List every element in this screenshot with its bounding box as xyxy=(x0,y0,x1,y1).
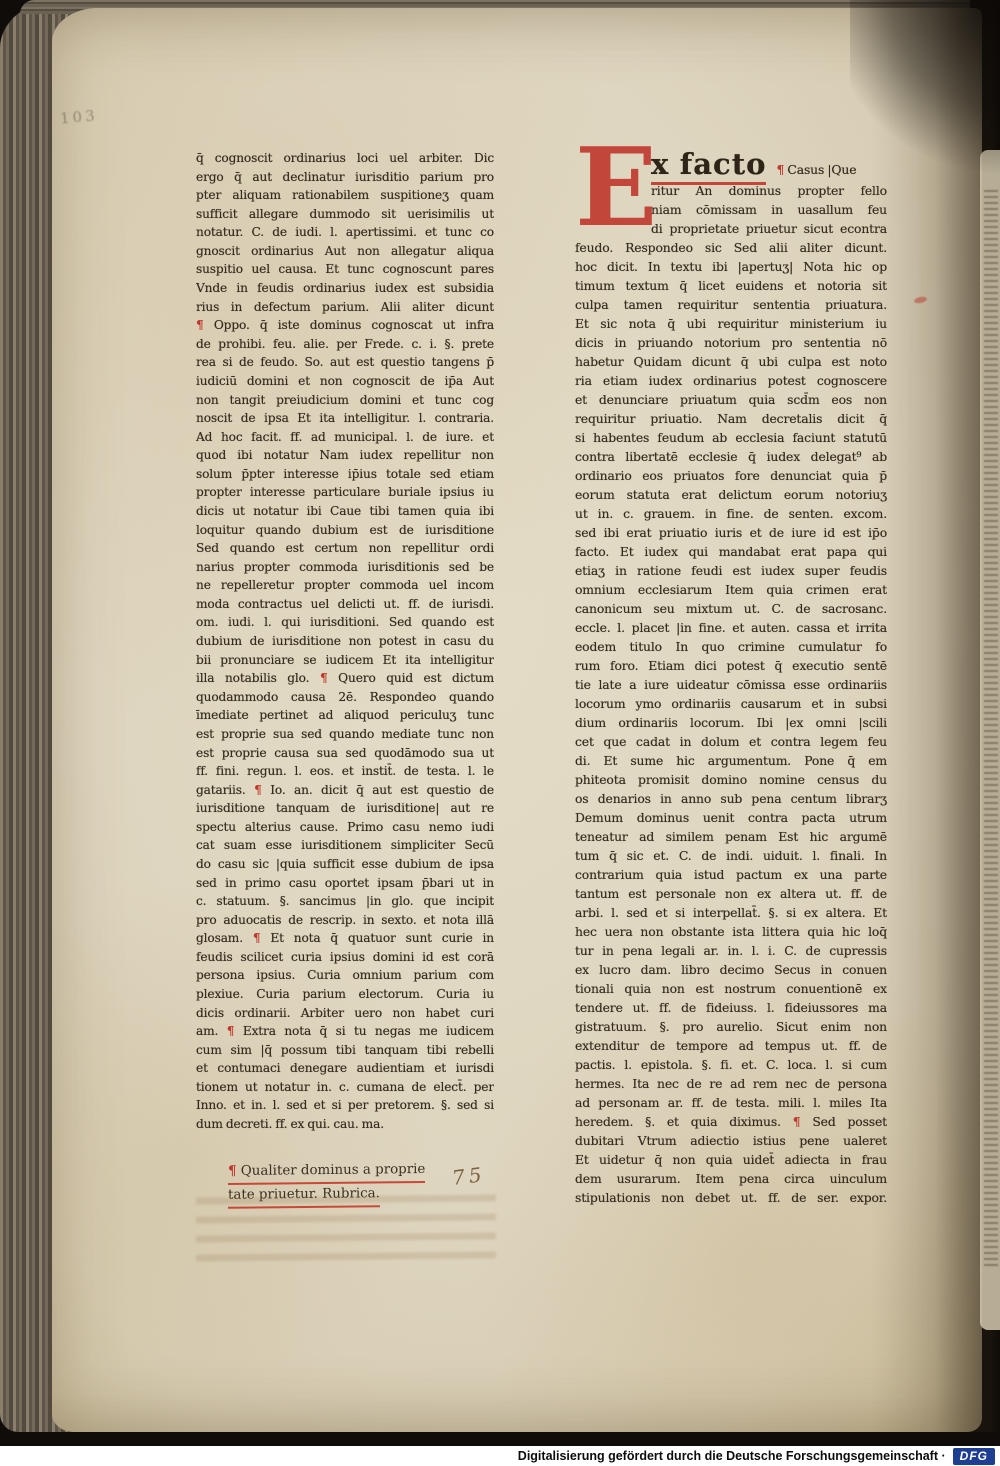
text-line: dubitari Vtrum adiectio istius pene uale… xyxy=(575,1131,887,1150)
text-line: hec uera non obstante ista littera quia … xyxy=(575,922,887,941)
text-line: dem usurarum. Item pena circa uinculum xyxy=(575,1169,887,1188)
corner-shadow xyxy=(850,0,1000,190)
text-line: solum p̄pter interesse ip̄ius totale sed… xyxy=(196,465,494,484)
text-line: et contumaci denegare audientiam et iuri… xyxy=(196,1059,494,1078)
text-line: Ad hoc facit. ff. ad municipal. l. de iu… xyxy=(196,428,494,447)
dfg-logo: DFG xyxy=(953,1448,995,1465)
dfg-credit-bar: Digitalisierung gefördert durch die Deut… xyxy=(0,1446,1000,1466)
text-line: sed ibi erat priuatio iuris et de iure i… xyxy=(575,523,887,542)
text-line: Inno. et in. l. sed et si per pretorem. … xyxy=(196,1096,494,1115)
text-line: noscit de ipsa Et ita intelligitur. l. c… xyxy=(196,409,494,428)
text-line: dum decreti. ff. ex qui. cau. ma. xyxy=(196,1115,494,1134)
text-line: omnium ecclesiarum Item quia crimen erat xyxy=(575,580,887,599)
text-line: quod ibi notatur Nam iudex repellitur no… xyxy=(196,446,494,465)
text-line: dicis ut notatur ibi Caue tibi tamen qui… xyxy=(196,502,494,521)
text-line: ut in. c. grauem. in fine. de senten. ex… xyxy=(575,504,887,523)
text-line: tie late a iure uideatur cōmissa esse or… xyxy=(575,675,887,694)
text-line: non tangit preiudicium domini et tunc co… xyxy=(196,391,494,410)
text-line: tum q̄ sic et. C. de indi. uiduit. l. fi… xyxy=(575,846,887,865)
text-line: tendere ut. ff. de fideiuss. l. fideiuss… xyxy=(575,998,887,1017)
text-line: narius propter commoda iurisditionis sed… xyxy=(196,558,494,577)
text-line: cet que cadat in dolum et contra legem f… xyxy=(575,732,887,751)
text-line: gistratuum. §. pro aurelio. Sicut enim n… xyxy=(575,1017,887,1036)
text-line: eccle. l. placet |in fine. et auten. cas… xyxy=(575,618,887,637)
text-line: pactis. l. epistola. §. fi. et. C. loca.… xyxy=(575,1055,887,1074)
text-line: ordinario eos priuatos fore denunciat qu… xyxy=(575,466,887,485)
text-line: pro aduocatis de rescrip. in sexto. et n… xyxy=(196,911,494,930)
text-line: īmediate pertinet ad aliquod periculuʒ t… xyxy=(196,706,494,725)
text-line: cum sim |q̄ possum tibi tanquam tibi reb… xyxy=(196,1041,494,1060)
text-line: et denunciare priuatum quia scd̄m eos no… xyxy=(575,390,887,409)
text-line: feudis scilicet curia ipsius domini id e… xyxy=(196,948,494,967)
text-line: Et sic nota q̄ ubi requiritur ministeriu… xyxy=(575,314,887,333)
text-line: ff. fini. regun. l. eos. et instit̄. de … xyxy=(196,762,494,781)
text-line: tur in pena legali ar. in. l. i. C. de c… xyxy=(575,941,887,960)
text-line: facto. Et iudex qui mandabat erat papa q… xyxy=(575,542,887,561)
right-column-lines: ritur An dominus propter felloniam cōmis… xyxy=(575,181,887,1207)
text-line: sed in primo casu oportet ipsam p̄bari u… xyxy=(196,874,494,893)
text-line: om. iudi. l. qui iurisditioni. Sed quand… xyxy=(196,613,494,632)
text-line: arbi. l. sed et si interpellat̄. §. si e… xyxy=(575,903,887,922)
text-line: est proprie causa sua sed quodāmodo sua … xyxy=(196,744,494,763)
text-line: plexiue. Curia parium electorum. Curia i… xyxy=(196,985,494,1004)
text-line: eorum statuta erat delictum eorum notori… xyxy=(575,485,887,504)
text-line: eodem titulo In quo crimine cumulatur fo xyxy=(575,637,887,656)
digitized-book-screenshot: 103 q̄ cognoscit ordinarius loci uel arb… xyxy=(0,0,1000,1466)
text-line: si habentes feudum ab ecclesia faciunt s… xyxy=(575,428,887,447)
text-line: contra libertatē ecclesie q̄ iudex deleg… xyxy=(575,447,887,466)
text-line: canonicum seu mixtum ut. C. de sacrosanc… xyxy=(575,599,887,618)
illuminated-initial: E xyxy=(575,147,651,221)
text-line: ria etiam iudex ordinarius potest cognos… xyxy=(575,371,887,390)
text-line: de prohibi. feu. alie. per Frede. c. i. … xyxy=(196,335,494,354)
text-line: ¶ Oppo. q̄ iste dominus cognoscat ut inf… xyxy=(196,316,494,335)
text-line: gatariis. ¶ Io. an. dicit q̄ aut est que… xyxy=(196,781,494,800)
text-line: rum foro. Etiam dici potest q̄ executio … xyxy=(575,656,887,675)
dfg-credit-text: Digitalisierung gefördert durch die Deut… xyxy=(518,1449,946,1463)
text-line: hoc dicit. In textu ibi |apertuʒ| Nota h… xyxy=(575,257,887,276)
text-line: est proprie sua sed quando mediate tunc … xyxy=(196,725,494,744)
text-line: Demum dominus uenit contra pacta utrum xyxy=(575,808,887,827)
text-line: rius in defectum parium. Alii aliter dic… xyxy=(196,298,494,317)
text-line: illa notabilis glo. ¶ Quero quid est dic… xyxy=(196,669,494,688)
text-line: dubium de iurisditione non potest in cas… xyxy=(196,632,494,651)
text-line: locorum ymo ordinariis causarum et in su… xyxy=(575,694,887,713)
folio-number: 75 xyxy=(451,1162,487,1190)
text-line: Sed quando est certum non repellitur ord… xyxy=(196,539,494,558)
text-line: sufficit allegare dummodo sit uerisimili… xyxy=(196,205,494,224)
text-line: bii pronunciare se iudicem Et ita intell… xyxy=(196,651,494,670)
text-line: os denarios in anno sub pena centum libr… xyxy=(575,789,887,808)
text-line: extenditur de tempore ad tempus ut. ff. … xyxy=(575,1036,887,1055)
text-line: quodammodo causa 2ē. Respondeo quando xyxy=(196,688,494,707)
text-line: gnoscit ordinarius Aut non allegatur ali… xyxy=(196,242,494,261)
text-line: requiritur priuatio. Nam decretalis dici… xyxy=(575,409,887,428)
text-line: stipulationis non debet ut. ff. de ser. … xyxy=(575,1188,887,1207)
text-line: ad personam ar. ff. de testa. mili. l. m… xyxy=(575,1093,887,1112)
text-line: iurisditione tanquam de iurisditione| au… xyxy=(196,799,494,818)
text-line: ergo q̄ aut declinatur iurisditio parium… xyxy=(196,168,494,187)
text-line: persona ipsius. Curia omnium parium com xyxy=(196,966,494,985)
text-line: suspitio uel causa. Et tunc cognoscunt p… xyxy=(196,260,494,279)
text-line: heredem. §. et quia diximus. ¶ Sed posse… xyxy=(575,1112,887,1131)
text-line: di proprietate priuetur sicut econtra ua… xyxy=(651,219,887,238)
text-line: spectu alterius cause. Primo casu nemo i… xyxy=(196,818,494,837)
text-line: dium ordinariis locorum. Ibi |ex omni |s… xyxy=(575,713,887,732)
text-line: rea si de feudo. So. aut est questio tan… xyxy=(196,353,494,372)
text-line: dicis ordinarii. Arbiter uero non habet … xyxy=(196,1004,494,1023)
text-line: etiaʒ in ratione feudi est iudex super f… xyxy=(575,561,887,580)
text-line: feudo. Respondeo sic Sed alii aliter dic… xyxy=(575,238,887,257)
text-line: moda contractus uel delicti ut. ff. de i… xyxy=(196,595,494,614)
pencil-mark: 103 xyxy=(59,106,98,127)
text-line: loquitur quando dubium est de iurisditio… xyxy=(196,521,494,540)
chapter-title: x facto xyxy=(651,147,766,185)
text-line: notatur. C. de iudi. l. apertissimi. et … xyxy=(196,223,494,242)
text-line: am. ¶ Extra nota q̄ si tu negas me iudic… xyxy=(196,1022,494,1041)
text-line: q̄ cognoscit ordinarius loci uel arbiter… xyxy=(196,149,494,168)
bleed-through-text xyxy=(196,1194,496,1261)
text-line: culpa tamen requiritur sententia priuatu… xyxy=(575,295,887,314)
text-line: iudiciū domini et non cognoscit de ip̄a … xyxy=(196,372,494,391)
rubric-line-1: ¶ Qualiter dominus a proprie xyxy=(228,1159,425,1185)
text-line: do casu sic |quia sufficit esse dubium d… xyxy=(196,855,494,874)
text-line: Vnde in feudis ordinarius iudex est subs… xyxy=(196,279,494,298)
text-line: habetur Quidam dicunt q̄ ubi culpa est n… xyxy=(575,352,887,371)
text-line: niam cōmissam in uasallum feu xyxy=(651,200,887,219)
book-scan: 103 q̄ cognoscit ordinarius loci uel arb… xyxy=(0,0,1000,1446)
facing-page-sliver xyxy=(980,150,1000,1330)
text-line: ex lucro dam. libro decimo Secus in conu… xyxy=(575,960,887,979)
casus-label: ¶ Casus |Que xyxy=(776,162,856,177)
text-line: glosam. ¶ Et nota q̄ quatuor sunt curie … xyxy=(196,929,494,948)
text-line: Et uidetur q̄ non quia uidet̄ adiecta in… xyxy=(575,1150,887,1169)
text-line: pter aliquam rationabilem suspitioneʒ qu… xyxy=(196,186,494,205)
text-line: tantum est personale non ex altera ut. f… xyxy=(575,884,887,903)
right-text-column: E x facto¶ Casus |Que ritur An dominus p… xyxy=(575,147,887,1207)
text-line: tionem ut notatur in. c. cumana de elect… xyxy=(196,1078,494,1097)
left-text-column: q̄ cognoscit ordinarius loci uel arbiter… xyxy=(196,149,494,1134)
text-line: tionali quia non est nostrum conuentionē… xyxy=(575,979,887,998)
text-line: hermes. Ita nec de re ad rem nec de pers… xyxy=(575,1074,887,1093)
text-line: timum textum q̄ licet euidens et notoria… xyxy=(575,276,887,295)
text-line: teneatur ad similem penam Est hic argumē xyxy=(575,827,887,846)
text-line: contrarium quia istud pactum ex una part… xyxy=(575,865,887,884)
text-line: di. Et sume hic argumentum. Pone q̄ em xyxy=(575,751,887,770)
text-line: ne repelleretur propter commoda uel inco… xyxy=(196,576,494,595)
text-line: phiteota promisit domino nomine census d… xyxy=(575,770,887,789)
text-line: cat suam esse iurisditionem simpliciter … xyxy=(196,836,494,855)
text-line: c. statuum. §. sancimus |in glo. que inc… xyxy=(196,892,494,911)
text-line: propter interesse particulare buriale ip… xyxy=(196,483,494,502)
text-line: dicis in priuando notorium pro sententia… xyxy=(575,333,887,352)
